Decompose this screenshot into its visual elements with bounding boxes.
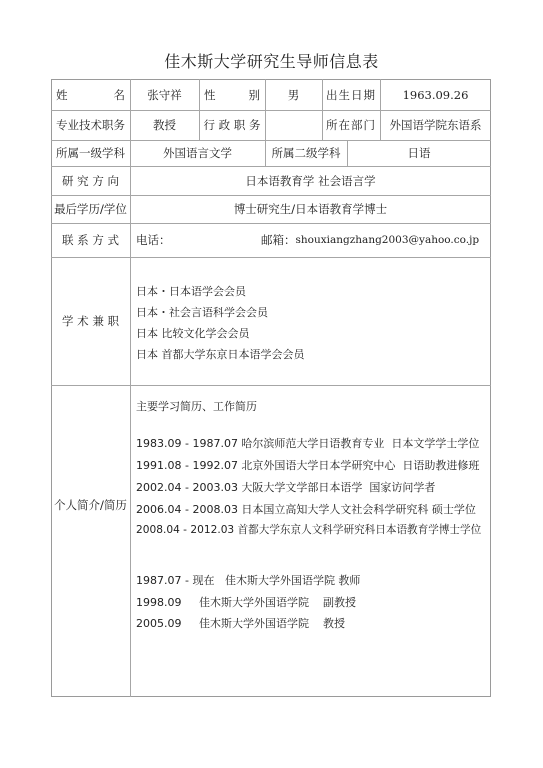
profile-heading: 主要学习简历、工作简历 <box>136 398 257 414</box>
research-value: 日本语教育学 社会语言学 <box>130 166 491 195</box>
work-entry: 1987.07 - 现在 佳木斯大学外国语学院 教师 <box>136 572 360 588</box>
email-label: 邮箱： <box>261 232 296 248</box>
admin-label: 行 政 职 务 <box>199 110 265 140</box>
academic-item: 日本・日本语学会会员 <box>136 283 246 299</box>
dept-value: 外国语学院东语系 <box>380 110 491 140</box>
name-label-a: 姓 <box>56 87 68 103</box>
email-field: 邮箱： shouxiangzhang2003@yahoo.co.jp <box>261 223 491 257</box>
academic-item: 日本・社会言语科学会会员 <box>136 304 268 320</box>
name-value: 张守祥 <box>130 79 199 110</box>
education-entry: 2006.04 - 2008.03 日本国立高知大学人文社会科学研究科 硕士学位 <box>136 501 476 517</box>
gender-label-a: 性 <box>204 87 216 103</box>
secondary-discipline-value: 日语 <box>347 140 491 166</box>
primary-discipline-label: 所属一级学科 <box>51 140 130 166</box>
birth-value: 1963.09.26 <box>380 79 491 110</box>
profile-label: 个人简介/简历 <box>51 385 130 625</box>
academic-label: 学 术 兼 职 <box>51 257 130 385</box>
education-entry: 1991.08 - 1992.07 北京外国语大学日本学研究中心 日语助教进修班 <box>136 457 479 473</box>
education-entry: 2002.04 - 2003.03 大阪大学文学部日本语学 国家访问学者 <box>136 479 435 495</box>
admin-value <box>265 110 322 140</box>
degree-value: 博士研究生/日本语教育学博士 <box>130 195 491 223</box>
gender-value: 男 <box>265 79 322 110</box>
dept-label: 所在部门 <box>322 110 380 140</box>
name-label: 姓 名 <box>51 79 130 110</box>
email-value: shouxiangzhang2003@yahoo.co.jp <box>296 234 480 246</box>
page-title: 佳木斯大学研究生导师信息表 <box>0 49 543 72</box>
education-entry: 2008.04 - 2012.03 首都大学东京人文科学研究科日本语教育学博士学… <box>136 522 481 537</box>
work-entry: 1998.09 佳木斯大学外国语学院 副教授 <box>136 594 356 610</box>
academic-item: 日本 首都大学东京日本语学会会员 <box>136 346 305 362</box>
gender-label: 性 别 <box>199 79 265 110</box>
degree-label: 最后学历/学位 <box>51 195 130 223</box>
contact-label: 联 系 方 式 <box>51 223 130 257</box>
education-entry: 1983.09 - 1987.07 哈尔滨师范大学日语教育专业 日本文学学士学位 <box>136 435 479 451</box>
title-value: 教授 <box>130 110 199 140</box>
primary-discipline-value: 外国语言文学 <box>130 140 265 166</box>
phone-label: 电话： <box>131 223 211 257</box>
birth-label: 出生日期 <box>322 79 380 110</box>
secondary-discipline-label: 所属二级学科 <box>265 140 347 166</box>
research-label: 研 究 方 向 <box>51 166 130 195</box>
work-entry: 2005.09 佳木斯大学外国语学院 教授 <box>136 615 345 631</box>
title-label: 专业技术职务 <box>51 110 130 140</box>
gender-label-b: 别 <box>249 87 261 103</box>
academic-item: 日本 比较文化学会会员 <box>136 325 250 341</box>
name-label-b: 名 <box>114 87 126 103</box>
